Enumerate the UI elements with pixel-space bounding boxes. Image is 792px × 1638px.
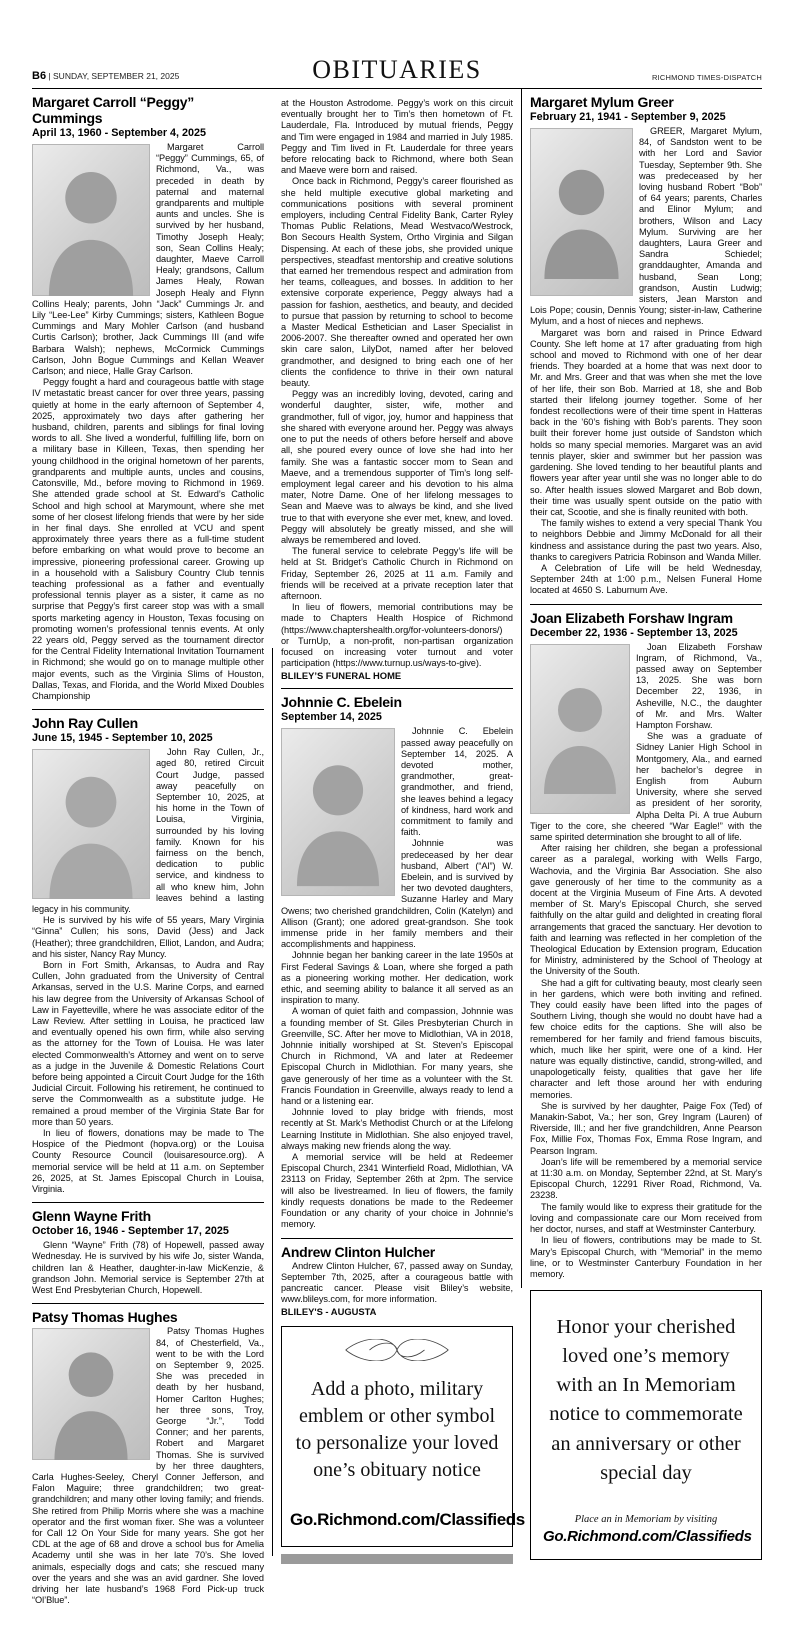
obituary-name: Margaret Carroll “Peggy” Cummings (32, 94, 264, 126)
obituary-paragraph: In lieu of flowers, memorial contributio… (281, 602, 513, 669)
obituary-paragraph: Andrew Clinton Hulcher, 67, passed away … (281, 1261, 513, 1306)
personalize-ad-url[interactable]: Go.Richmond.com/Classifieds (290, 1510, 504, 1530)
obituary-body: Glenn “Wayne” Frith (78) of Hopewell, pa… (32, 1240, 264, 1296)
person-silhouette-icon (32, 144, 150, 296)
obituary-paragraph: Born in Fort Smith, Arkansas, to Audra a… (32, 960, 264, 1128)
obituary-frith: Glenn Wayne Frith October 16, 1946 - Sep… (32, 1202, 264, 1296)
obituary-photo (32, 749, 150, 899)
obituary-name: Glenn Wayne Frith (32, 1208, 264, 1224)
obituary-paragraph: Johnnie loved to play bridge with friend… (281, 1107, 513, 1152)
divider-bar (281, 1554, 513, 1564)
obituary-cummings: Margaret Carroll “Peggy” Cummings April … (32, 94, 264, 702)
person-silhouette-icon (32, 749, 150, 899)
in-memoriam-ad-url[interactable]: Go.Richmond.com/Classifieds (543, 1528, 749, 1545)
obituary-paragraph: Once back in Richmond, Peggy’s career fl… (281, 176, 513, 389)
obituary-photo (32, 1328, 150, 1460)
obituary-paragraph: Johnnie began her banking career in the … (281, 950, 513, 1006)
flourish-icon (337, 1339, 457, 1361)
obituary-body: Andrew Clinton Hulcher, 67, passed away … (281, 1261, 513, 1306)
obituary-photo (530, 644, 630, 814)
obituary-paragraph: Joan’s life will be remembered by a memo… (530, 1157, 762, 1202)
obituary-paragraph: The family wishes to extend a very speci… (530, 518, 762, 563)
obituary-paragraph: Margaret was born and raised in Prince E… (530, 328, 762, 518)
obituary-name: Andrew Clinton Hulcher (281, 1244, 513, 1260)
obituary-paragraph: The funeral service to celebrate Peggy’s… (281, 546, 513, 602)
obituary-ebelein: Johnnie C. Ebelein September 14, 2025 Jo… (281, 688, 513, 1230)
obituary-paragraph: Peggy was an incredibly loving, devoted,… (281, 389, 513, 546)
obituary-paragraph: Peggy fought a hard and courageous battl… (32, 377, 264, 702)
person-silhouette-icon (530, 644, 630, 814)
obituary-name: John Ray Cullen (32, 715, 264, 731)
obituary-paragraph: A Celebration of Life will be held Wedne… (530, 563, 762, 597)
obituary-name: Johnnie C. Ebelein (281, 694, 513, 710)
obituary-photo (32, 144, 150, 296)
funeral-home-label: BLILEY’S FUNERAL HOME (281, 670, 513, 681)
obituary-paragraph: A woman of quiet faith and compassion, J… (281, 1006, 513, 1107)
obituary-ingram: Joan Elizabeth Forshaw Ingram December 2… (530, 604, 762, 1281)
in-memoriam-ad: Honor your cherished loved one’s memory … (530, 1290, 762, 1560)
obituary-cummings-continued: at the Houston Astrodome. Peggy’s work o… (281, 98, 513, 681)
obituary-dates: September 14, 2025 (281, 711, 513, 723)
column-divider (521, 88, 522, 1288)
personalize-ad: Add a photo, military emblem or other sy… (281, 1326, 513, 1546)
obituary-dates: December 22, 1936 - September 13, 2025 (530, 627, 762, 639)
obituary-dates: June 15, 1945 - September 10, 2025 (32, 732, 264, 744)
obituary-paragraph: The family would like to express their g… (530, 1202, 762, 1236)
obituary-paragraph: A memorial service will be held at Redee… (281, 1152, 513, 1230)
obituary-hughes: Patsy Thomas Hughes Patsy Thomas Hughes … (32, 1303, 264, 1606)
obituary-paragraph: at the Houston Astrodome. Peggy’s work o… (281, 98, 513, 176)
column-2: at the Houston Astrodome. Peggy’s work o… (281, 90, 513, 1564)
in-memoriam-ad-cta: Place an in Memoriam by visiting (543, 1514, 749, 1525)
column-3: Margaret Mylum Greer February 21, 1941 -… (530, 90, 762, 1560)
personalize-ad-text: Add a photo, military emblem or other sy… (290, 1376, 504, 1483)
obituary-hulcher: Andrew Clinton Hulcher Andrew Clinton Hu… (281, 1238, 513, 1318)
obituary-photo (530, 128, 633, 296)
obituary-paragraph: In lieu of flowers, donations may be mad… (32, 1128, 264, 1195)
obituary-photo (281, 728, 395, 896)
obituary-paragraph: After raising her children, she began a … (530, 843, 762, 977)
obituary-dates: February 21, 1941 - September 9, 2025 (530, 111, 762, 123)
obituary-paragraph: Glenn “Wayne” Frith (78) of Hopewell, pa… (32, 1240, 264, 1296)
publication-name: RICHMOND TIMES-DISPATCH (652, 73, 762, 82)
page-header: B6 | SUNDAY, SEPTEMBER 21, 2025 OBITUARI… (32, 58, 762, 89)
person-silhouette-icon (32, 1328, 150, 1460)
funeral-home-label: BLILEY'S - AUGUSTA (281, 1306, 513, 1317)
obituary-body: at the Houston Astrodome. Peggy’s work o… (281, 98, 513, 669)
obituary-name: Joan Elizabeth Forshaw Ingram (530, 610, 762, 626)
obituary-cullen: John Ray Cullen June 15, 1945 - Septembe… (32, 709, 264, 1195)
obituary-dates: April 13, 1960 - September 4, 2025 (32, 127, 264, 139)
column-1: Margaret Carroll “Peggy” Cummings April … (32, 90, 264, 1606)
in-memoriam-ad-text: Honor your cherished loved one’s memory … (543, 1313, 749, 1488)
obituary-dates: October 16, 1946 - September 17, 2025 (32, 1225, 264, 1237)
obituary-paragraph: He is survived by his wife of 55 years, … (32, 915, 264, 960)
person-silhouette-icon (281, 728, 395, 896)
obituary-name: Margaret Mylum Greer (530, 94, 762, 110)
obituary-paragraph: In lieu of flowers, contributions may be… (530, 1235, 762, 1280)
obituary-paragraph: She had a gift for cultivating beauty, m… (530, 978, 762, 1101)
person-silhouette-icon (530, 128, 633, 296)
obituary-greer: Margaret Mylum Greer February 21, 1941 -… (530, 94, 762, 597)
column-divider (272, 648, 273, 1556)
obituary-paragraph: She is survived by her daughter, Paige F… (530, 1101, 762, 1157)
obituary-name: Patsy Thomas Hughes (32, 1309, 264, 1325)
